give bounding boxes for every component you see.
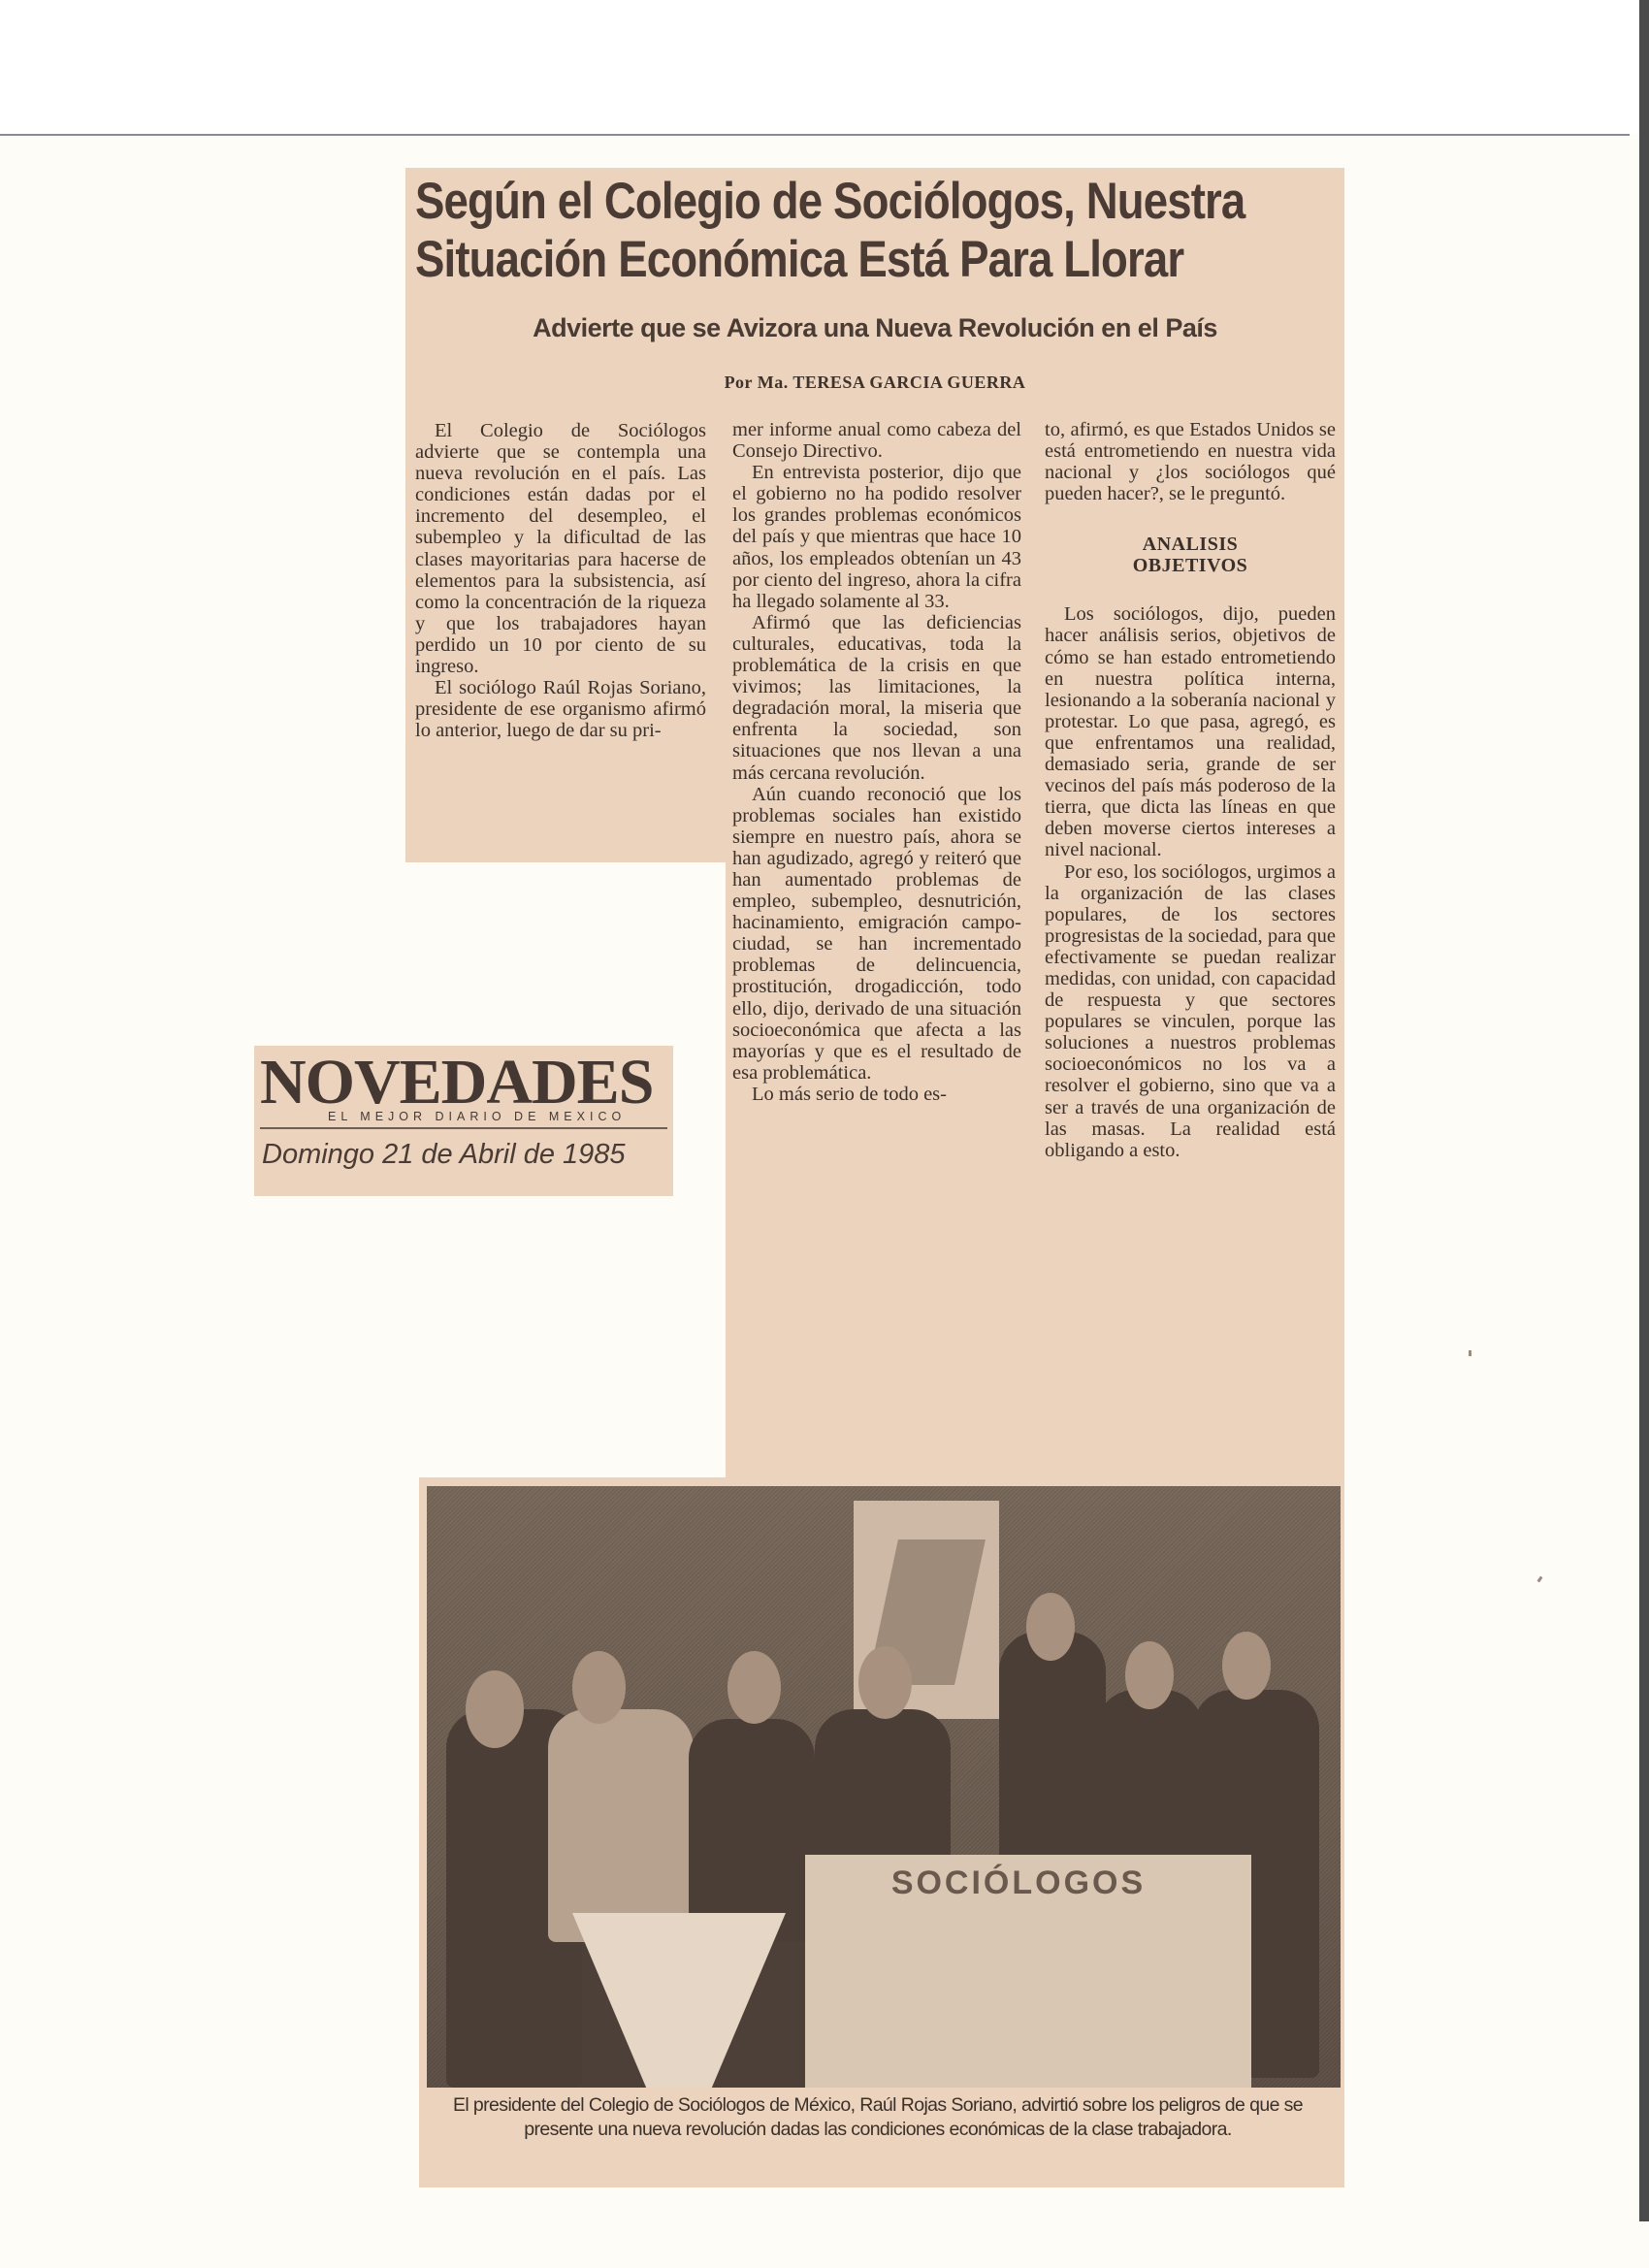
pennant-flag — [572, 1913, 786, 2088]
person-figure — [689, 1719, 815, 1942]
masthead-rule — [260, 1127, 667, 1129]
scanner-margin — [0, 0, 1639, 134]
article-column-3: to, afirmó, es que Estados Unidos se est… — [1045, 419, 1336, 1161]
headline-line-2: Situación Económica Está Para Llorar — [415, 231, 1214, 289]
headline-line-1: Según el Colegio de Sociólogos, Nuestra — [415, 173, 1214, 231]
person-head — [858, 1646, 912, 1719]
paragraph: El sociólogo Raúl Rojas Soriano, preside… — [415, 677, 706, 741]
article-column-1: El Colegio de Sociólogos advierte que se… — [415, 420, 706, 741]
paragraph: to, afirmó, es que Estados Unidos se est… — [1045, 419, 1336, 504]
paragraph: Por eso, los sociólogos, urgimos a la or… — [1045, 861, 1336, 1161]
page-edge-line — [0, 134, 1630, 136]
paragraph: Lo más serio de todo es- — [732, 1084, 1021, 1105]
scanner-edge-strip — [1639, 0, 1649, 2221]
person-head — [727, 1651, 781, 1724]
person-head — [1026, 1593, 1075, 1661]
photo-caption: El presidente del Colegio de Sociólogos … — [427, 2093, 1329, 2142]
section-heading-line-1: ANALISIS — [1045, 534, 1336, 555]
newspaper-name: NOVEDADES — [260, 1053, 667, 1113]
section-heading-line-2: OBJETIVOS — [1045, 555, 1336, 576]
person-figure — [548, 1709, 694, 1942]
scan-speck — [1469, 1350, 1471, 1356]
paragraph: Afirmó que las deficiencias culturales, … — [732, 612, 1021, 784]
byline: Por Ma. TERESA GARCIA GUERRA — [405, 373, 1344, 393]
paragraph: En entrevista posterior, dijo que el gob… — [732, 462, 1021, 612]
scan-speck — [1537, 1576, 1543, 1583]
headline: Según el Colegio de Sociólogos, Nuestra … — [415, 173, 1214, 289]
person-head — [572, 1651, 626, 1724]
article-column-2: mer informe anual como cabeza del Consej… — [732, 419, 1021, 1105]
paragraph: El Colegio de Sociólogos advierte que se… — [415, 420, 706, 677]
banner-text: SOCIÓLOGOS — [834, 1864, 1203, 1902]
person-head — [466, 1670, 524, 1748]
paragraph: mer informe anual como cabeza del Consej… — [732, 419, 1021, 462]
subheadline: Advierte que se Avizora una Nueva Revolu… — [405, 313, 1344, 343]
newspaper-tagline: EL MEJOR DIARIO DE MEXICO — [328, 1110, 648, 1123]
section-heading: ANALISIS OBJETIVOS — [1045, 534, 1336, 576]
paragraph: Aún cuando reconoció que los problemas s… — [732, 784, 1021, 1084]
person-head — [1222, 1632, 1271, 1700]
paragraph: Los sociólogos, dijo, pueden hacer análi… — [1045, 603, 1336, 860]
person-head — [1125, 1641, 1174, 1709]
press-photo: SOCIÓLOGOS — [427, 1486, 1341, 2088]
publication-date: Domingo 21 de Abril de 1985 — [262, 1139, 669, 1171]
